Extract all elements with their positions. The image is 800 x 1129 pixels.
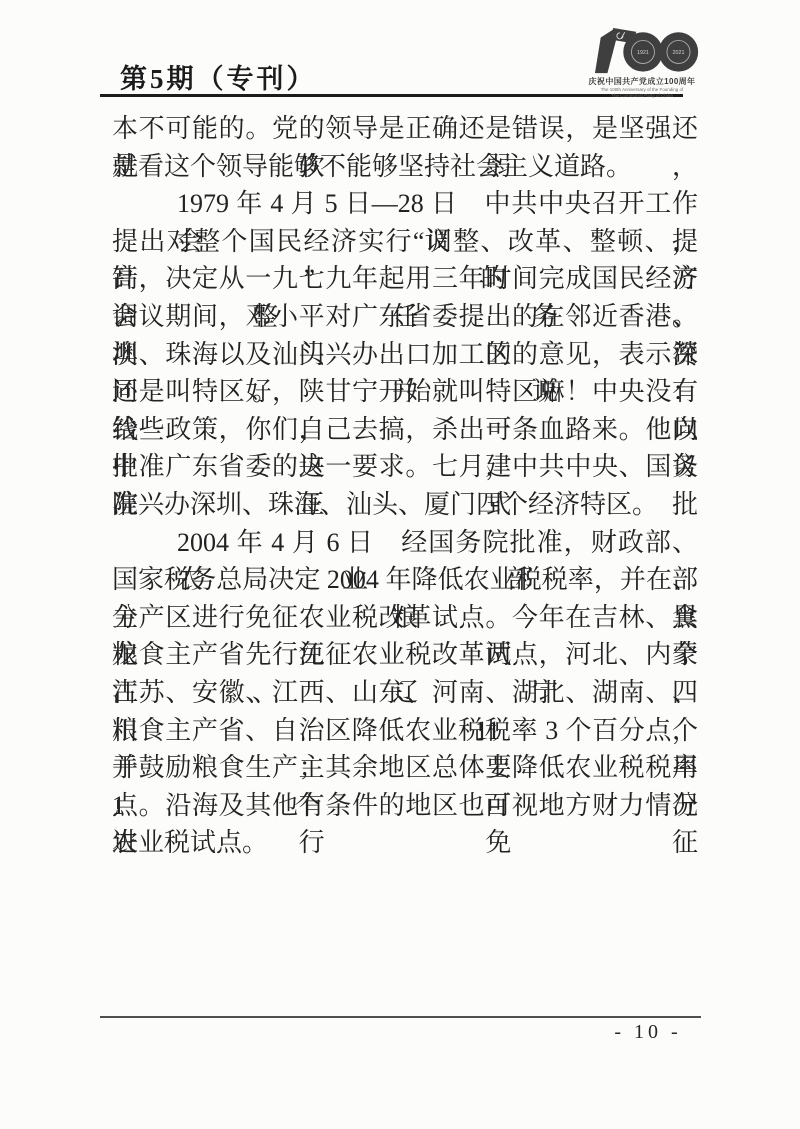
footer-divider <box>100 1016 701 1018</box>
logo-caption-cn: 庆祝中国共产党成立100周年 <box>589 76 696 87</box>
document-body: 本不可能的。党的领导是正确还是错误，是坚强还是软弱， 就看这个领导能够不能够坚持… <box>112 110 698 862</box>
text-line: 就看这个领导能够不能够坚持社会主义道路。 <box>112 148 698 186</box>
text-line: 1979 年 4 月 5 日—28 日 中共中央召开工作会议， <box>112 185 698 223</box>
text-line: 会议期间，邓小平对广东省委提出的在邻近香港、澳门的深 <box>112 298 698 336</box>
issue-label: 第5期（专刊） <box>120 57 317 96</box>
text-line: 粮食主产省、自治区降低农业税税率 3 个百分点，并主要用 <box>112 712 698 750</box>
text-line: 2004 年 4 月 6 日 经国务院批准，财政部、农业部、 <box>112 524 698 562</box>
party-centenary-logo: 1921 2021 庆祝中国共产党成立100周年 The 100th Anniv… <box>573 27 711 98</box>
text-line: 还是叫特区好，陕甘宁开始就叫特区嘛！中央没有钱，可以 <box>112 373 698 411</box>
logo-caption-en-line2: The Communist Party of China <box>611 93 673 99</box>
text-line: 针，决定从一九七九年起用三年时间完成国民经济调整任务。 <box>112 260 698 298</box>
text-line: 本不可能的。党的领导是正确还是错误，是坚强还是软弱， <box>112 110 698 148</box>
text-line: 主产区进行免征农业税改革试点。今年在吉林、黑龙江两个 <box>112 599 698 637</box>
svg-text:1921: 1921 <box>637 50 649 56</box>
text-line: 国家税务总局决定 2004 年降低农业税税率，并在部分粮食 <box>112 561 698 599</box>
page-number: - 10 - <box>596 1021 700 1044</box>
text-line: 提出对整个国民经济实行“调整、改革、整顿、提高”的方 <box>112 223 698 261</box>
text-line: 江苏、安徽、江西、山东、河南、湖北、湖南、四川 11 个 <box>112 674 698 712</box>
text-line: 准兴办深圳、珠海、汕头、厦门四个经济特区。 <box>112 486 698 524</box>
scanned-document-page: 第5期（专刊） 1921 2021 庆祝中国共产党成立100周年 The 100… <box>0 0 800 1129</box>
text-line: 圳、珠海以及汕头兴办出口加工区的意见，表示赞同。并说： <box>112 336 698 374</box>
text-line: 给些政策，你们自己去搞，杀出一条血路来。他向中央建议 <box>112 411 698 449</box>
text-line: 于鼓励粮食生产；其余地区总体上降低农业税税率 1 个百分 <box>112 749 698 787</box>
text-line: 点。沿海及其他有条件的地区也可视地方财力情况进行免征 <box>112 787 698 825</box>
text-line: 批准广东省委的这一要求。七月，中共中央、国务院正式批 <box>112 448 698 486</box>
svg-text:2021: 2021 <box>673 50 685 56</box>
text-line: 粮食主产省先行免征农业税改革试点，河北、内蒙古、辽宁、 <box>112 636 698 674</box>
logo-100-icon: 1921 2021 <box>584 27 700 75</box>
